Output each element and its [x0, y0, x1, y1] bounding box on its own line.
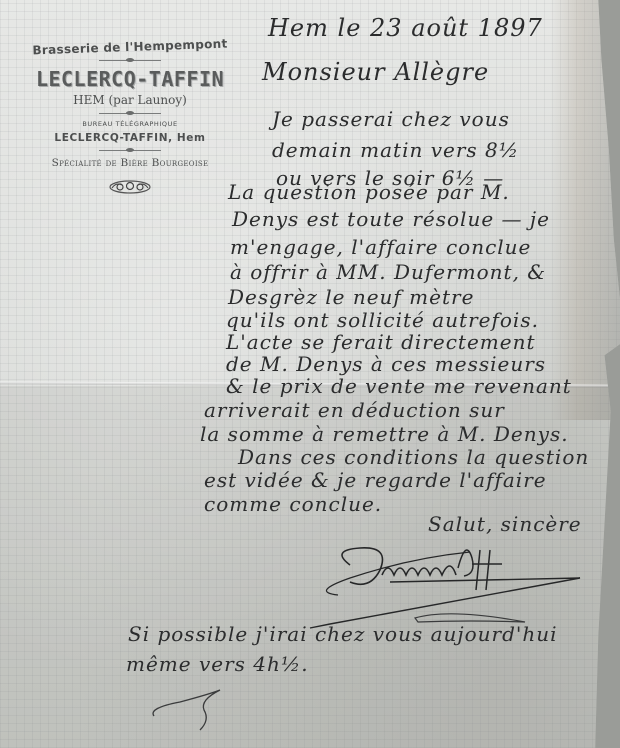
letterhead: Brasserie de l'Hempempont LECLERCQ-TAFFI…	[20, 40, 240, 195]
body-line: comme conclue.	[204, 492, 382, 516]
letter-salutation: Monsieur Allègre	[262, 58, 489, 86]
letter-page: Brasserie de l'Hempempont LECLERCQ-TAFFI…	[0, 0, 620, 748]
letterhead-brasserie: Brasserie de l'Hempempont	[20, 36, 240, 58]
body-line: & le prix de vente me revenant	[226, 374, 572, 398]
body-line: Denys est toute résolue — je	[232, 207, 550, 231]
letterhead-divider	[99, 150, 161, 151]
body-line: est vidée & je regarde l'affaire	[204, 468, 547, 492]
body-line: L'acte se ferait directement	[226, 330, 536, 354]
body-line: à offrir à MM. Dufermont, &	[230, 260, 546, 284]
body-line: La question posée par M.	[228, 180, 510, 204]
letterhead-specialty: Spécialité de Bière Bourgeoise	[20, 157, 240, 169]
floral-ornament-icon	[108, 179, 152, 195]
body-line: demain matin vers 8½	[272, 138, 519, 162]
letterhead-divider	[99, 113, 161, 114]
letterhead-telegraph-address: LECLERCQ-TAFFIN, Hem	[20, 132, 240, 144]
paper-edge-stain	[550, 0, 620, 420]
body-line: Desgrèz le neuf mètre	[228, 285, 474, 309]
body-line: qu'ils ont sollicité autrefois.	[226, 308, 539, 332]
postscript-initial-flourish-icon	[140, 680, 260, 740]
body-line: la somme à remettre à M. Denys.	[200, 422, 569, 446]
body-line: m'engage, l'affaire conclue	[230, 235, 531, 259]
postscript-line: même vers 4h½.	[126, 652, 309, 676]
letterhead-divider	[99, 60, 161, 61]
letter-dateline: Hem le 23 août 1897	[268, 14, 543, 42]
body-line: Dans ces conditions la question	[238, 445, 589, 469]
body-line: Je passerai chez vous	[272, 107, 510, 131]
body-line: de M. Denys à ces messieurs	[226, 352, 546, 376]
body-line: arriverait en déduction sur	[204, 398, 505, 422]
letterhead-location: HEM (par Launoy)	[20, 93, 240, 107]
letterhead-company: LECLERCQ-TAFFIN	[20, 67, 240, 91]
postscript-line: Si possible j'irai chez vous aujourd'hui	[128, 622, 558, 646]
letterhead-bureau-label: BUREAU TÉLÉGRAPHIQUE	[20, 120, 240, 128]
